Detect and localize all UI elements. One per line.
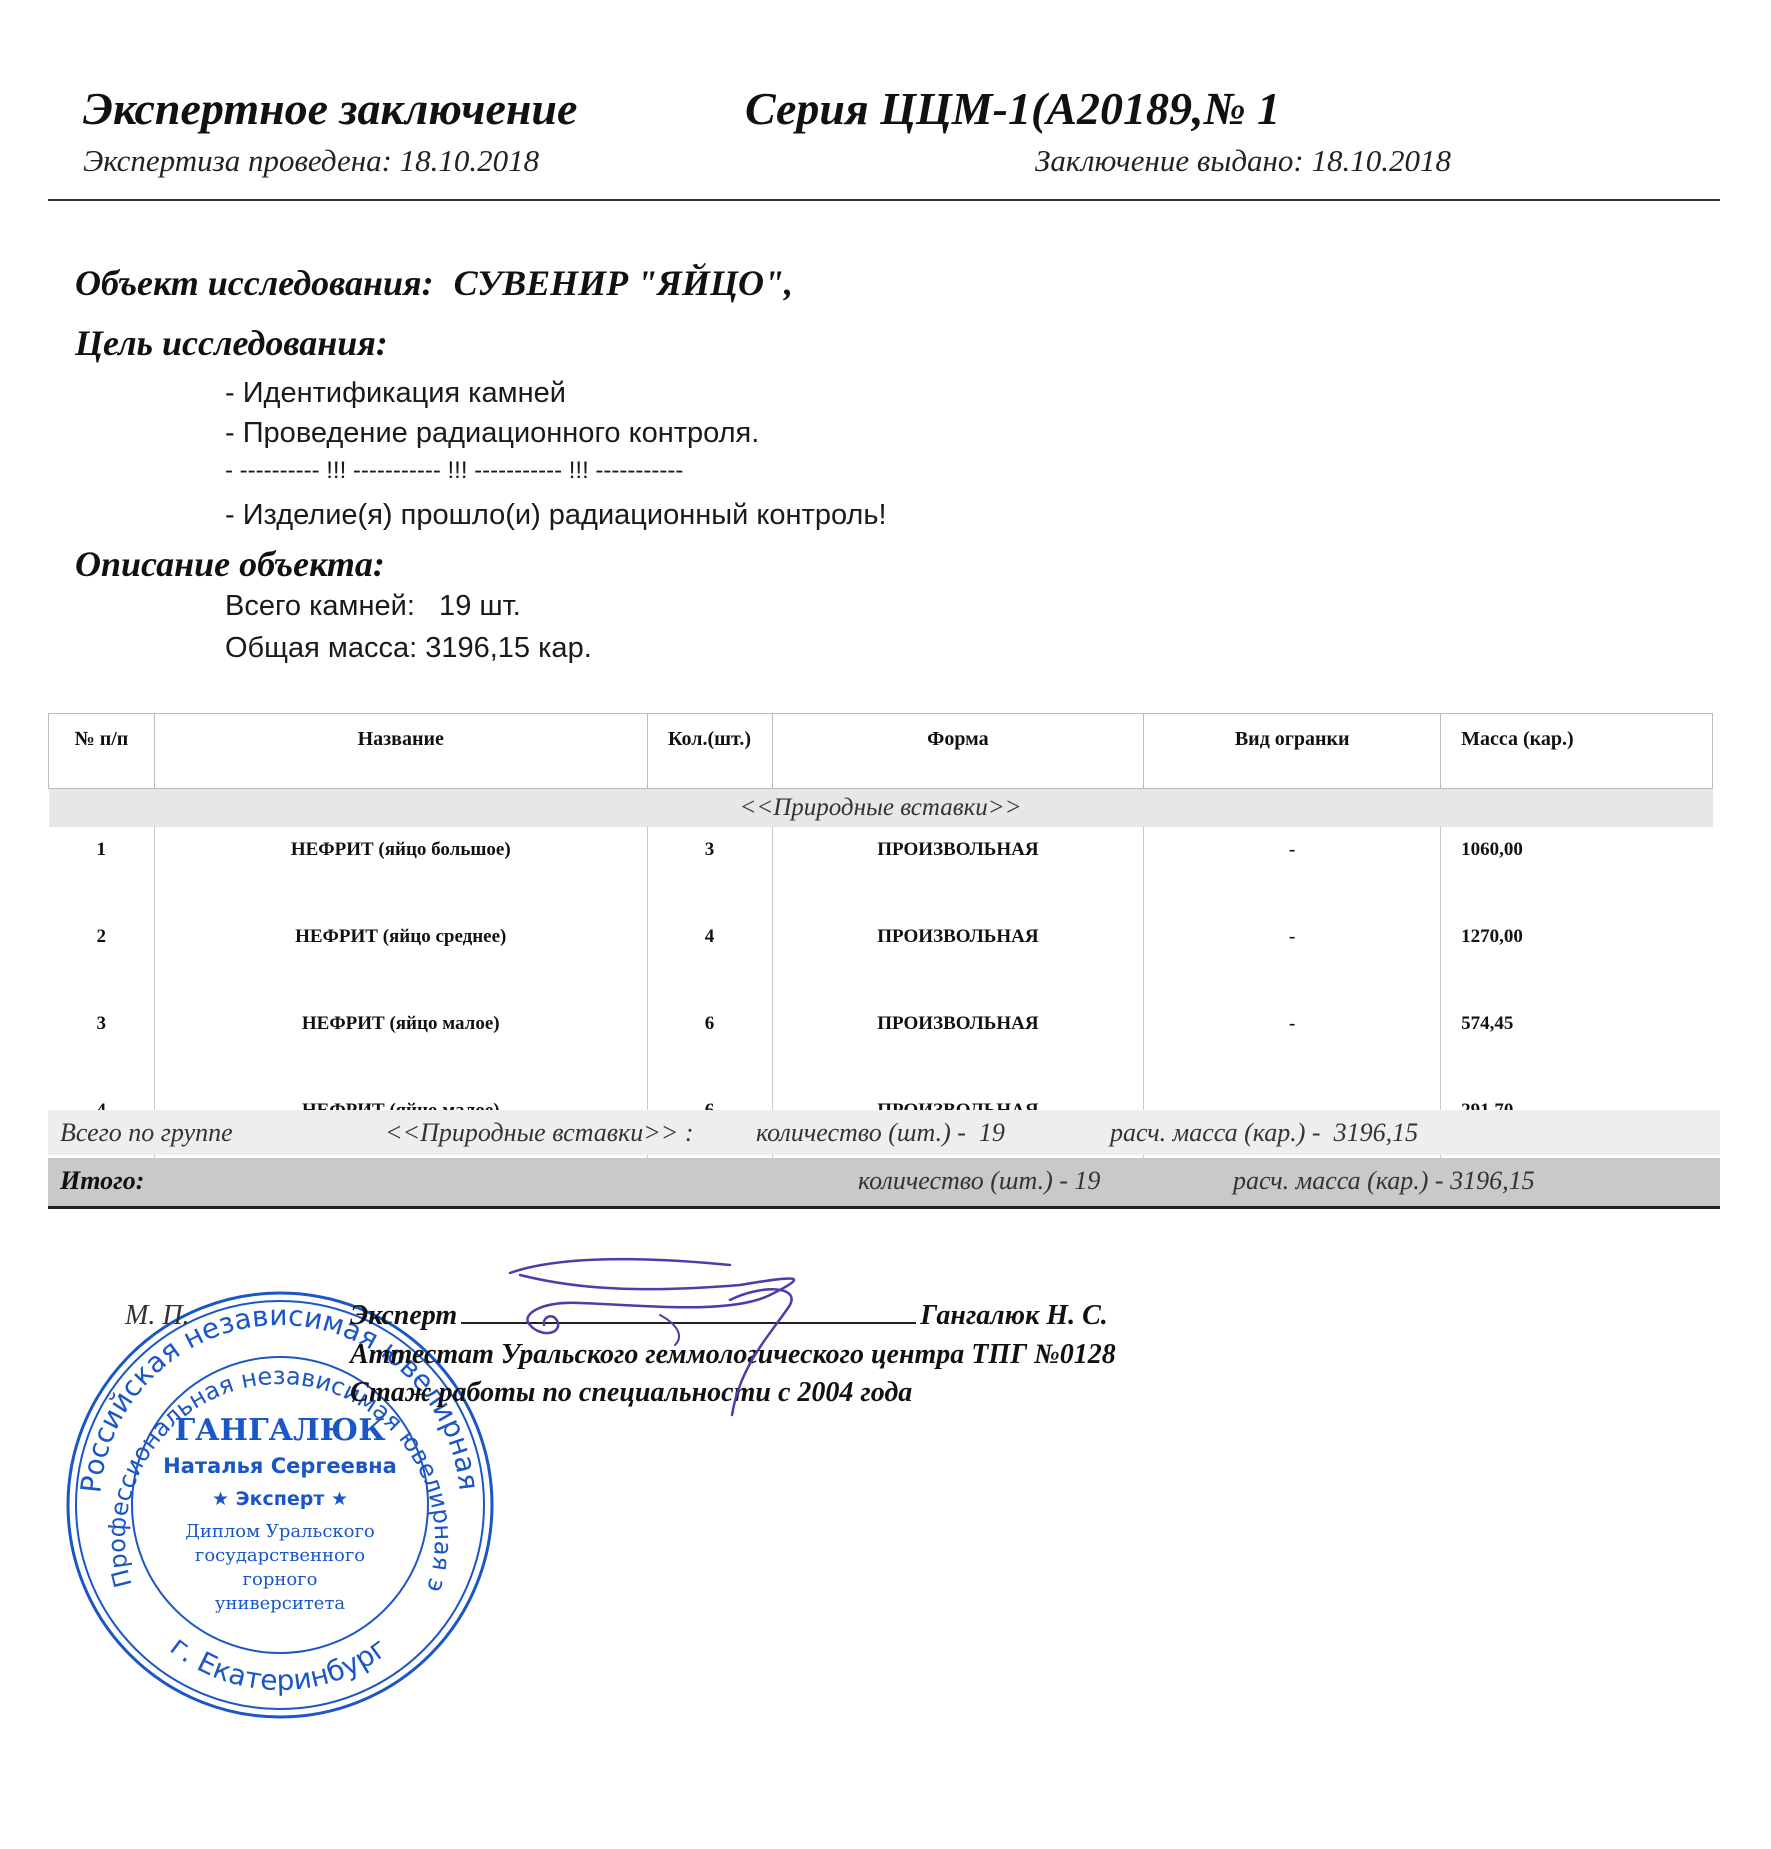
purpose-separator: - ---------- !!! ----------- !!! -------… (225, 457, 683, 485)
column-header: Масса (кар.) (1441, 714, 1713, 789)
group-total-row: Всего по группе <<Природные вставки>> : … (48, 1110, 1720, 1155)
stamp-role: ★ Эксперт ★ (212, 1488, 348, 1510)
handwritten-signature (500, 1245, 860, 1425)
cell-mass: 574,45 (1441, 1001, 1713, 1088)
column-header: Вид огранки (1144, 714, 1441, 789)
stamp-city-text: г. Екатеринбург (164, 1629, 393, 1697)
stamp-diploma-line: государственного (195, 1545, 365, 1566)
column-header: Форма (772, 714, 1144, 789)
purpose-item: - Изделие(я) прошло(и) радиационный конт… (225, 499, 887, 532)
total-mass: Общая масса: 3196,15 кар. (225, 632, 592, 665)
expert-label: Эксперт (350, 1300, 457, 1331)
object-line: Объект исследования: СУВЕНИР "ЯЙЦО", (75, 262, 793, 304)
purpose-item: - Проведение радиационного контроля. (225, 417, 759, 450)
cell-name: НЕФРИТ (яйцо большое) (154, 827, 647, 914)
grand-total-mass: расч. масса (кар.) - 3196,15 (1233, 1166, 1535, 1196)
header-divider (48, 199, 1720, 201)
table-row: 3 НЕФРИТ (яйцо малое) 6 ПРОИЗВОЛЬНАЯ - 5… (49, 1001, 1713, 1088)
object-value: СУВЕНИР "ЯЙЦО", (454, 263, 793, 303)
grand-total-label: Итого: (60, 1166, 144, 1196)
group-label: <<Природные вставки>> (49, 789, 1713, 828)
series-number: Серия ЦЦМ-1(A20189,№ 1 (745, 82, 1280, 135)
stones-total: Всего камней: 19 шт. (225, 590, 521, 623)
column-header: № п/п (49, 714, 155, 789)
table-header-row: № п/п Название Кол.(шт.) Форма Вид огран… (49, 714, 1713, 789)
stamp-diploma-line: Диплом Уральского (185, 1521, 375, 1542)
cell-shape: ПРОИЗВОЛЬНАЯ (772, 827, 1144, 914)
cell-number: 2 (49, 914, 155, 1001)
cell-qty: 4 (647, 914, 772, 1001)
grand-total-qty: количество (шт.) - 19 (858, 1166, 1100, 1196)
cell-cut: - (1144, 827, 1441, 914)
cell-shape: ПРОИЗВОЛЬНАЯ (772, 1001, 1144, 1088)
column-header: Название (154, 714, 647, 789)
stamp-diploma-line: горного (243, 1569, 318, 1590)
cell-qty: 6 (647, 1001, 772, 1088)
cell-mass: 1270,00 (1441, 914, 1713, 1001)
stamp-diploma-line: университета (215, 1593, 346, 1614)
cell-cut: - (1144, 914, 1441, 1001)
cell-mass: 1060,00 (1441, 827, 1713, 914)
cell-number: 1 (49, 827, 155, 914)
cell-cut: - (1144, 1001, 1441, 1088)
document-title: Экспертное заключение (83, 82, 577, 135)
grand-total-row: Итого: количество (шт.) - 19 расч. масса… (48, 1158, 1720, 1209)
table-row: 2 НЕФРИТ (яйцо среднее) 4 ПРОИЗВОЛЬНАЯ -… (49, 914, 1713, 1001)
issued-date: Заключение выдано: 18.10.2018 (1035, 143, 1451, 179)
cell-shape: ПРОИЗВОЛЬНАЯ (772, 914, 1144, 1001)
cell-number: 3 (49, 1001, 155, 1088)
cell-name: НЕФРИТ (яйцо среднее) (154, 914, 647, 1001)
seal-label: М. П. (125, 1300, 190, 1332)
table-row: 1 НЕФРИТ (яйцо большое) 3 ПРОИЗВОЛЬНАЯ -… (49, 827, 1713, 914)
object-label: Объект исследования: (75, 263, 434, 303)
cell-qty: 3 (647, 827, 772, 914)
group-total-qty: количество (шт.) - 19 (756, 1118, 1005, 1148)
svg-text:г. Екатеринбург: г. Екатеринбург (164, 1629, 393, 1697)
expertise-date: Экспертиза проведена: 18.10.2018 (83, 143, 539, 179)
stones-table: № п/п Название Кол.(шт.) Форма Вид огран… (48, 713, 1713, 1160)
column-header: Кол.(шт.) (647, 714, 772, 789)
group-row: <<Природные вставки>> (49, 789, 1713, 828)
cell-name: НЕФРИТ (яйцо малое) (154, 1001, 647, 1088)
purpose-label: Цель исследования: (75, 322, 388, 364)
expert-name: Гангалюк Н. С. (920, 1300, 1108, 1331)
stamp-name: Наталья Сергеевна (163, 1454, 397, 1478)
group-total-mass: расч. масса (кар.) - 3196,15 (1110, 1118, 1418, 1148)
description-label: Описание объекта: (75, 543, 385, 585)
purpose-item: - Идентификация камней (225, 377, 566, 410)
stamp-surname: ГАНГАЛЮК (174, 1413, 385, 1448)
group-total-label: Всего по группе (60, 1118, 233, 1148)
group-total-group: <<Природные вставки>> : (385, 1118, 694, 1148)
